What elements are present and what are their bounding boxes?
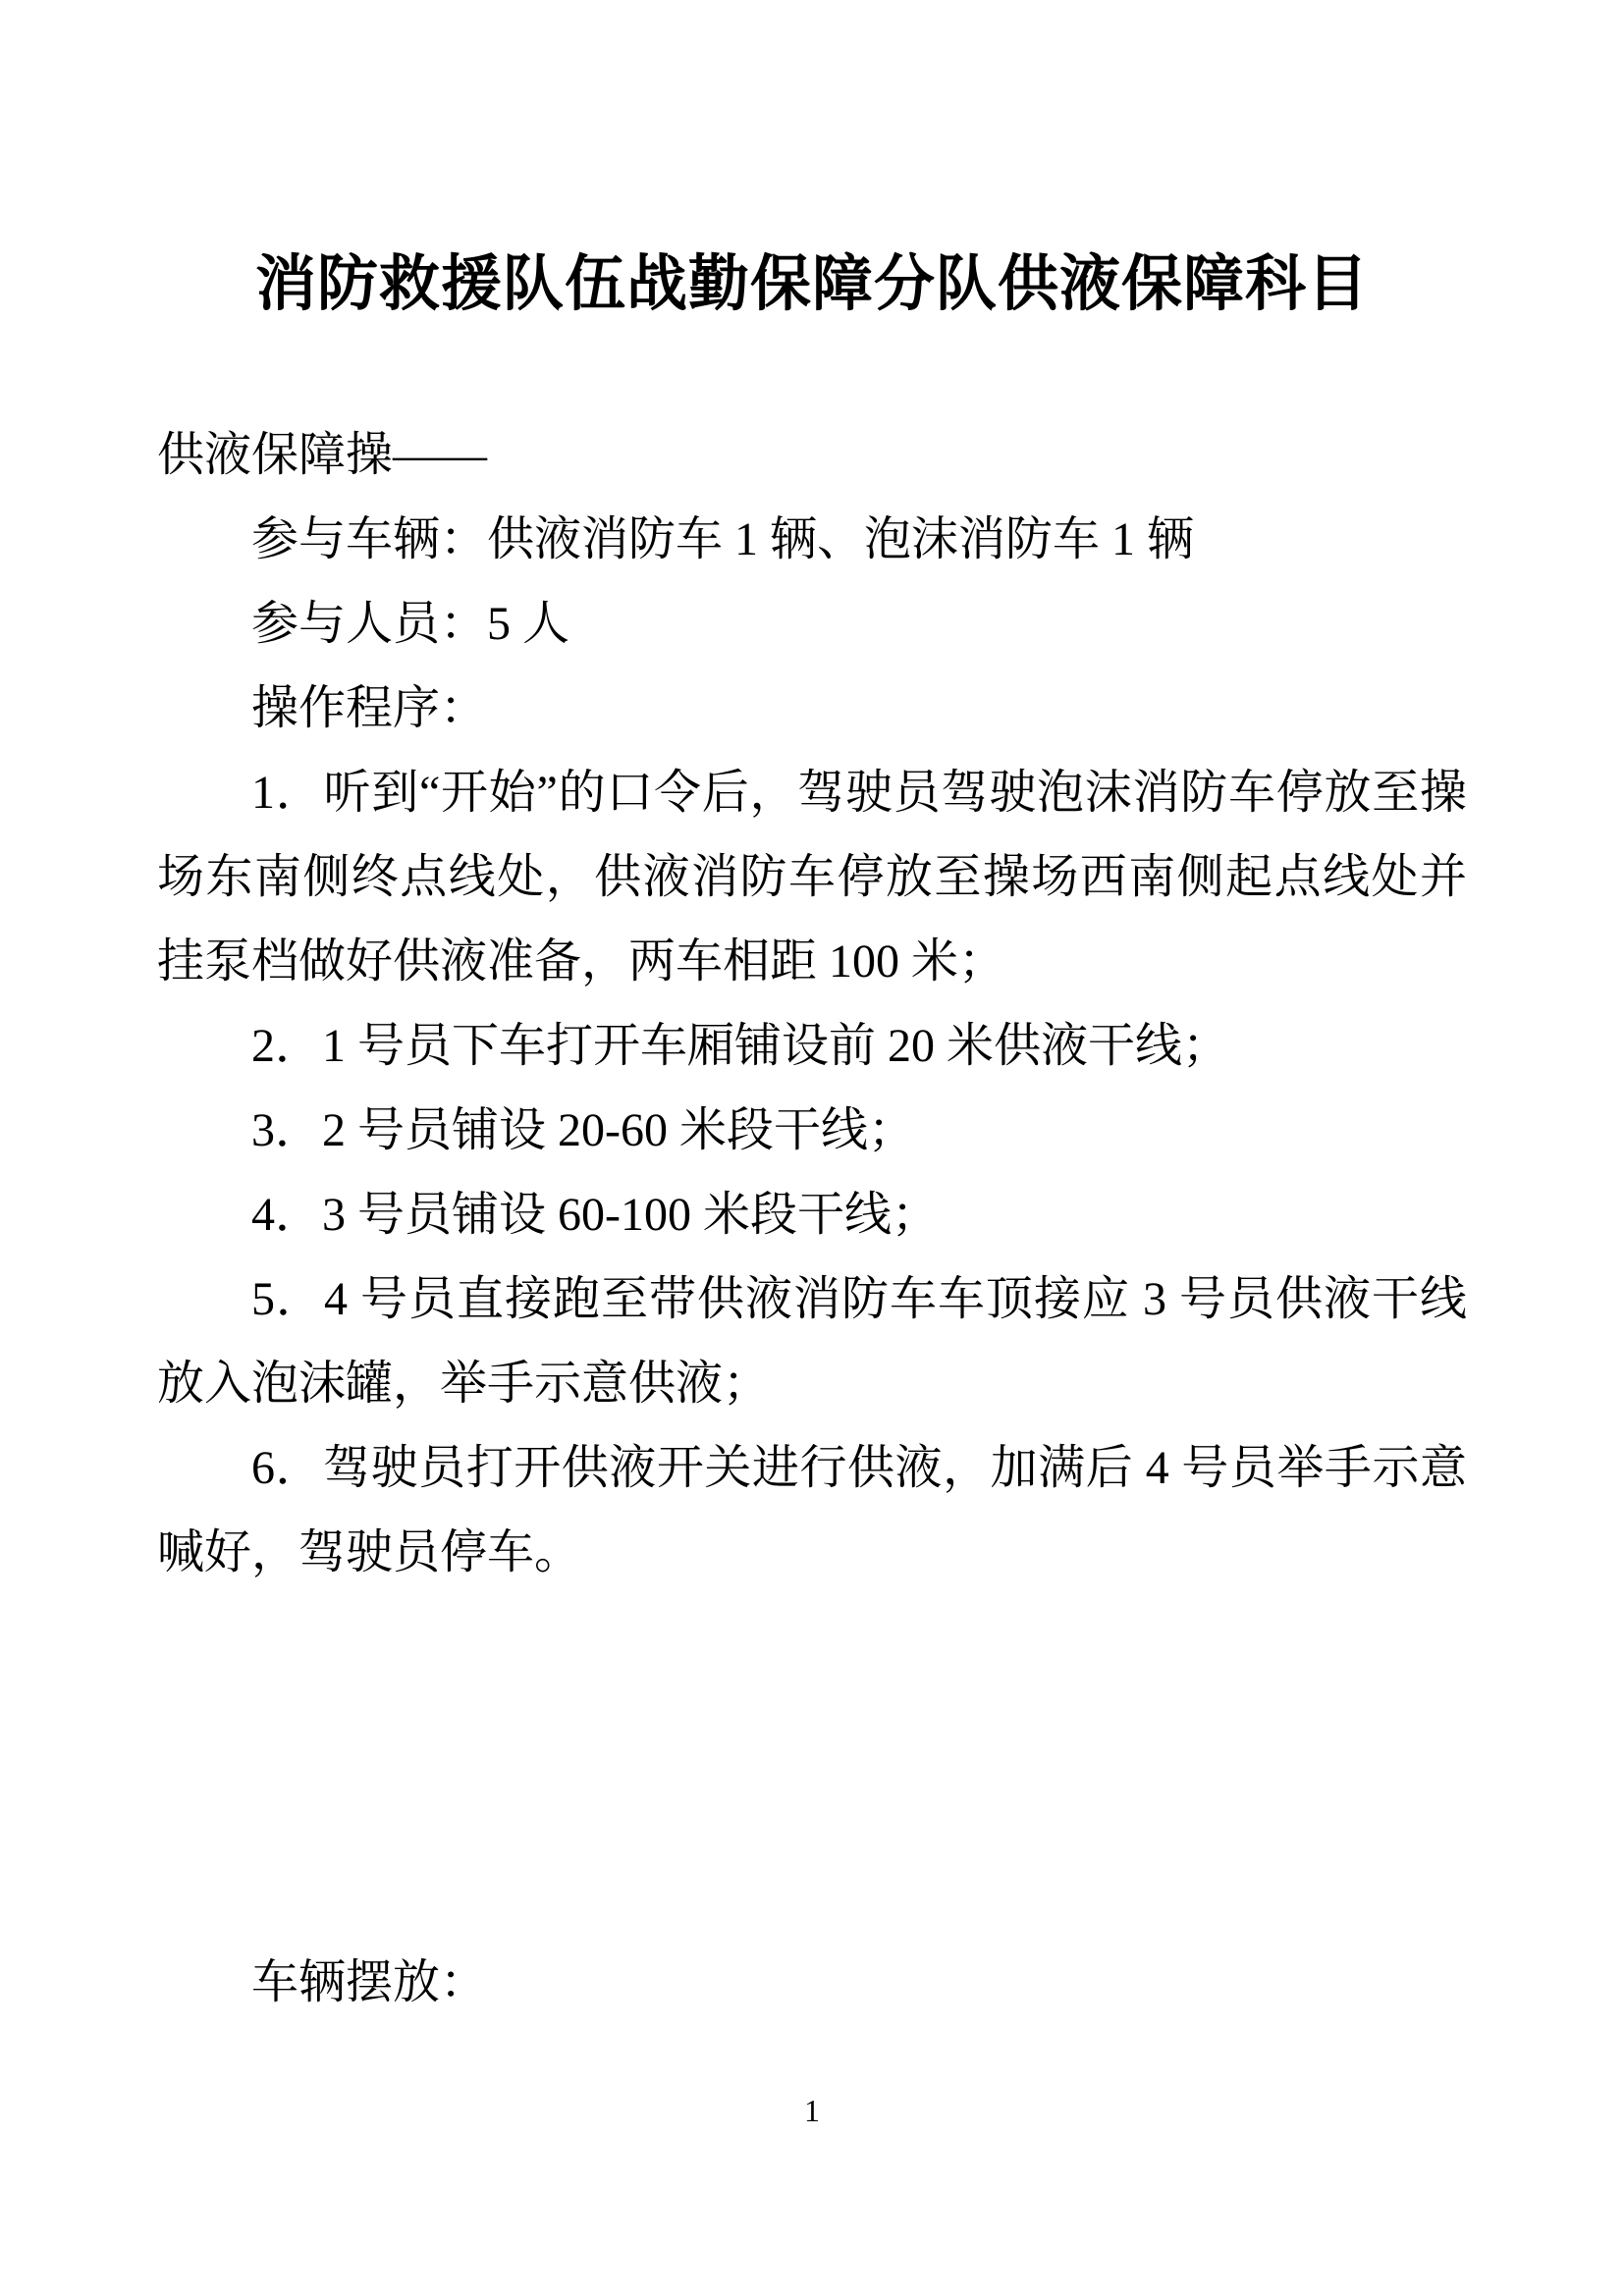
- document-page: 消防救援队伍战勤保障分队供液保障科目 供液保障操—— 参与车辆：供液消防车 1 …: [0, 0, 1624, 2296]
- paragraph-step-4: 4．3 号员铺设 60-100 米段干线；: [157, 1173, 1467, 1257]
- document-content: 消防救援队伍战勤保障分队供液保障科目 供液保障操—— 参与车辆：供液消防车 1 …: [0, 0, 1624, 2025]
- paragraph-step-6: 6．驾驶员打开供液开关进行供液，加满后 4 号员举手示意喊好，驾驶员停车。: [157, 1426, 1467, 1595]
- paragraph-procedure-heading: 操作程序：: [157, 667, 1467, 751]
- paragraph-vehicle-placement-heading: 车辆摆放：: [157, 1941, 1467, 2025]
- paragraph-step-2: 2．1 号员下车打开车厢铺设前 20 米供液干线；: [157, 1004, 1467, 1089]
- paragraph-step-1: 1．听到“开始”的口令后，驾驶员驾驶泡沫消防车停放至操场东南侧终点线处，供液消防…: [157, 751, 1467, 1004]
- paragraph-operation-name: 供液保障操——: [157, 413, 1467, 498]
- paragraph-step-3: 3．2 号员铺设 20-60 米段干线；: [157, 1089, 1467, 1173]
- paragraph-personnel: 参与人员：5 人: [157, 582, 1467, 667]
- paragraph-step-5: 5．4 号员直接跑至带供液消防车车顶接应 3 号员供液干线放入泡沫罐，举手示意供…: [157, 1257, 1467, 1426]
- page-number: 1: [0, 2089, 1624, 2132]
- paragraph-vehicles: 参与车辆：供液消防车 1 辆、泡沫消防车 1 辆: [157, 498, 1467, 582]
- document-title: 消防救援队伍战勤保障分队供液保障科目: [157, 240, 1467, 329]
